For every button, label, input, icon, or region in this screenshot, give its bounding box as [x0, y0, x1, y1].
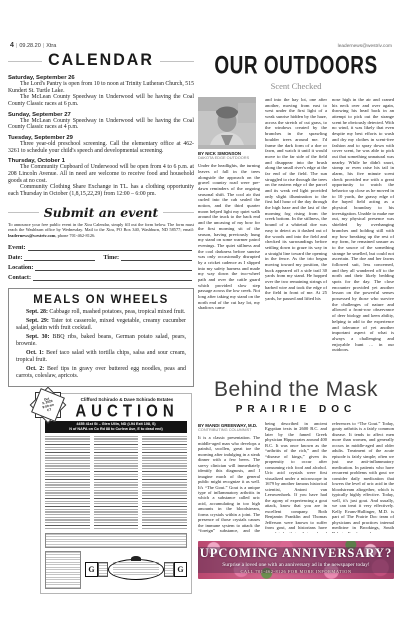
auction-address-line2: N of NAPA on Co Rd 88 to Curlew Ave, E t…	[46, 427, 186, 432]
submit-event-section: Submit an event To announce your free pu…	[8, 205, 194, 282]
rule-left	[8, 212, 39, 213]
prairie-doc-headline: Behind the Mask	[198, 378, 394, 402]
calendar-item: Three year-old preschool screening. Call…	[8, 141, 194, 154]
outdoors-article: BY NICK SIMONSON DAKOTA EDGE OUTDOORS Un…	[198, 97, 394, 369]
issue-date: 09.28.20	[19, 43, 40, 49]
prairie-doc-column-1: BY MANDI GREENWAY, M.D. CONTRIBUTING COL…	[198, 421, 260, 533]
calendar-entry: Sunday, September 27 The McLean County S…	[8, 112, 194, 131]
banner-subtitle: Surprise a loved one with an anniversary…	[222, 562, 369, 568]
auctioneer-oval-logo	[108, 559, 164, 580]
date-label: Date:	[8, 254, 22, 261]
form-row-date-time: Date: Time:	[8, 251, 194, 261]
calendar-entry: Saturday, September 26 The Lord's Pantry…	[8, 75, 194, 108]
outdoors-column-3: nose high in the air and craned his neck…	[332, 97, 394, 369]
meal-date: Sept. 30:	[26, 334, 49, 340]
date-blank-line	[24, 253, 95, 261]
outdoors-column-2: and into the hay lot, one after another,…	[265, 97, 327, 369]
calendar-item: The McLean County Speedway in Underwood …	[8, 94, 194, 107]
page-number: 4	[10, 42, 14, 49]
calendar-item: Community Clothing Share Exchange in TL.…	[8, 184, 194, 197]
intro-email: leadernews@westriv.com	[8, 233, 55, 238]
auction-address-bar: 4455 41st St – Glen Ullin, ND (I-94 Exit…	[45, 421, 187, 433]
prairie-doc-text: It is a classic presentation. The middle…	[198, 435, 260, 533]
time-blank-line	[121, 253, 192, 261]
prairie-doc-column-2: being described in ancient Egyptian text…	[265, 421, 327, 533]
anniversary-ad-banner: UPCOMING ANNIVERSARY? Surprise a loved o…	[198, 541, 394, 579]
outdoors-title: OUR OUTDOORS	[198, 53, 394, 82]
meal-menu: Cabbage roll, mashed potatoes, peas, tro…	[48, 309, 185, 315]
auction-timezone: CT	[47, 408, 52, 413]
submit-event-header: Submit an event	[8, 205, 194, 220]
meal-item: Sept. 30: BBQ ribs, baked beans, German …	[16, 334, 186, 348]
auction-terms-strip	[45, 533, 187, 548]
meal-date: Oct. 1:	[26, 350, 44, 356]
form-row-contact: Contact:	[8, 271, 194, 281]
prairie-doc-kicker: PRAIRIE DOC	[198, 404, 394, 415]
form-row-location: Location:	[8, 261, 194, 271]
auction-fine-print-column	[94, 436, 139, 530]
meal-date: Sept. 29:	[26, 318, 49, 324]
auction-footer: G G	[45, 551, 187, 589]
prairie-doc-column-3: references to “The Gout.” Today, gouty a…	[332, 421, 394, 533]
page-meta: 4|09.28.20|Xtra	[10, 42, 56, 49]
meal-date: Oct. 2:	[26, 366, 44, 372]
auction-fine-print-column	[142, 436, 187, 530]
auction-title: AUCTION	[67, 401, 187, 421]
location-blank-line	[35, 263, 192, 271]
intro-text: , phone 701-462-8126.	[55, 233, 95, 238]
meal-item: Oct. 2: Beef tips in gravy over buttered…	[16, 366, 186, 380]
calendar-entry: Tuesday, September 29 Three year-old pre…	[8, 135, 194, 154]
banner-text: UPCOMING ANNIVERSARY? Surprise a loved o…	[198, 541, 394, 579]
meal-item: Sept. 29: Tater tot casserole, mixed veg…	[16, 318, 186, 332]
auctioneer-logo-g-left: G	[85, 562, 98, 577]
auctioneer-logos: G G	[85, 559, 187, 580]
banner-phone-line: CALL 701-462-8126 FOR MORE INFORMATION	[240, 569, 351, 574]
submit-event-intro: To announce your free public event in th…	[8, 222, 194, 239]
meal-item: Sept. 28: Cabbage roll, mashed potatoes,…	[16, 309, 186, 316]
oval-logo-text	[113, 562, 159, 577]
meals-title: MEALS ON WHEELS	[16, 294, 186, 306]
prairie-doc-byline-role: CONTRIBUTING COLUMNIST	[198, 428, 260, 433]
meta-separator: |	[16, 43, 17, 49]
masthead: 4|09.28.20|Xtra leadernews@westriv.com	[10, 42, 392, 49]
rule-right	[160, 61, 194, 62]
meals-on-wheels-box: MEALS ON WHEELS Sept. 28: Cabbage roll, …	[8, 288, 194, 387]
auction-fine-print-column	[45, 436, 90, 530]
outdoors-subtitle: Scent Checked	[198, 81, 394, 91]
columnist-photo	[198, 97, 256, 149]
prairie-doc-article: BY MANDI GREENWAY, M.D. CONTRIBUTING COL…	[198, 421, 394, 533]
auction-ad: Oct 3, 2020 9:00 am CT Clifford Schirado…	[40, 393, 192, 594]
auction-note-box	[45, 551, 81, 589]
calendar-entry: Thursday, October 1 The Community Cupboa…	[8, 158, 194, 197]
auction-header: Clifford Schirado & Dave Schirado Estate…	[45, 397, 187, 420]
right-column: OUR OUTDOORS Scent Checked BY NICK SIMON…	[198, 50, 394, 579]
event-label: Event:	[8, 244, 26, 251]
edition-name: Xtra	[46, 43, 56, 49]
calendar-entries: Saturday, September 26 The Lord's Pantry…	[8, 75, 194, 198]
calendar-item: The McLean County Speedway in Underwood …	[8, 118, 194, 131]
left-column: CALENDAR Saturday, September 26 The Lord…	[8, 52, 194, 594]
event-blank-line	[28, 243, 192, 251]
intro-text: To announce your free public event in th…	[8, 222, 194, 233]
auctioneer-text-block	[98, 562, 108, 577]
contact-label: Contact:	[8, 274, 31, 281]
rule-left	[8, 61, 42, 62]
contact-email: leadernews@westriv.com	[338, 44, 392, 49]
outdoors-column-1: BY NICK SIMONSON DAKOTA EDGE OUTDOORS Un…	[198, 97, 260, 369]
outdoors-byline-org: DAKOTA EDGE OUTDOORS	[198, 156, 260, 161]
meal-item: Oct. 1: Beef taco salad with tortilla ch…	[16, 350, 186, 364]
event-form: Event: Date: Time: Location: Contact:	[8, 241, 194, 281]
outdoors-text: Under the headlights, the turning leaves…	[198, 163, 260, 359]
auction-listing-columns	[45, 436, 187, 530]
calendar-item: The Lord's Pantry is open from 10 to noo…	[8, 81, 194, 94]
submit-event-title: Submit an event	[44, 205, 159, 220]
time-label: Time:	[103, 254, 119, 261]
auction-date-starburst: Oct 3, 2020 9:00 am CT	[33, 390, 63, 420]
banner-title: UPCOMING ANNIVERSARY?	[200, 546, 392, 561]
contact-blank-line	[33, 273, 192, 281]
meta-separator: |	[43, 43, 44, 49]
calendar-item: The Community Cupboard of Underwood will…	[8, 164, 194, 184]
calendar-title: CALENDAR	[48, 52, 154, 71]
rule-right	[163, 212, 194, 213]
meal-date: Sept. 28:	[26, 309, 48, 315]
auctioneer-logo-g-right: G	[174, 562, 187, 577]
calendar-header: CALENDAR	[8, 52, 194, 70]
location-label: Location:	[8, 264, 33, 271]
auctioneer-text-block	[164, 562, 174, 577]
form-row-event: Event:	[8, 241, 194, 251]
